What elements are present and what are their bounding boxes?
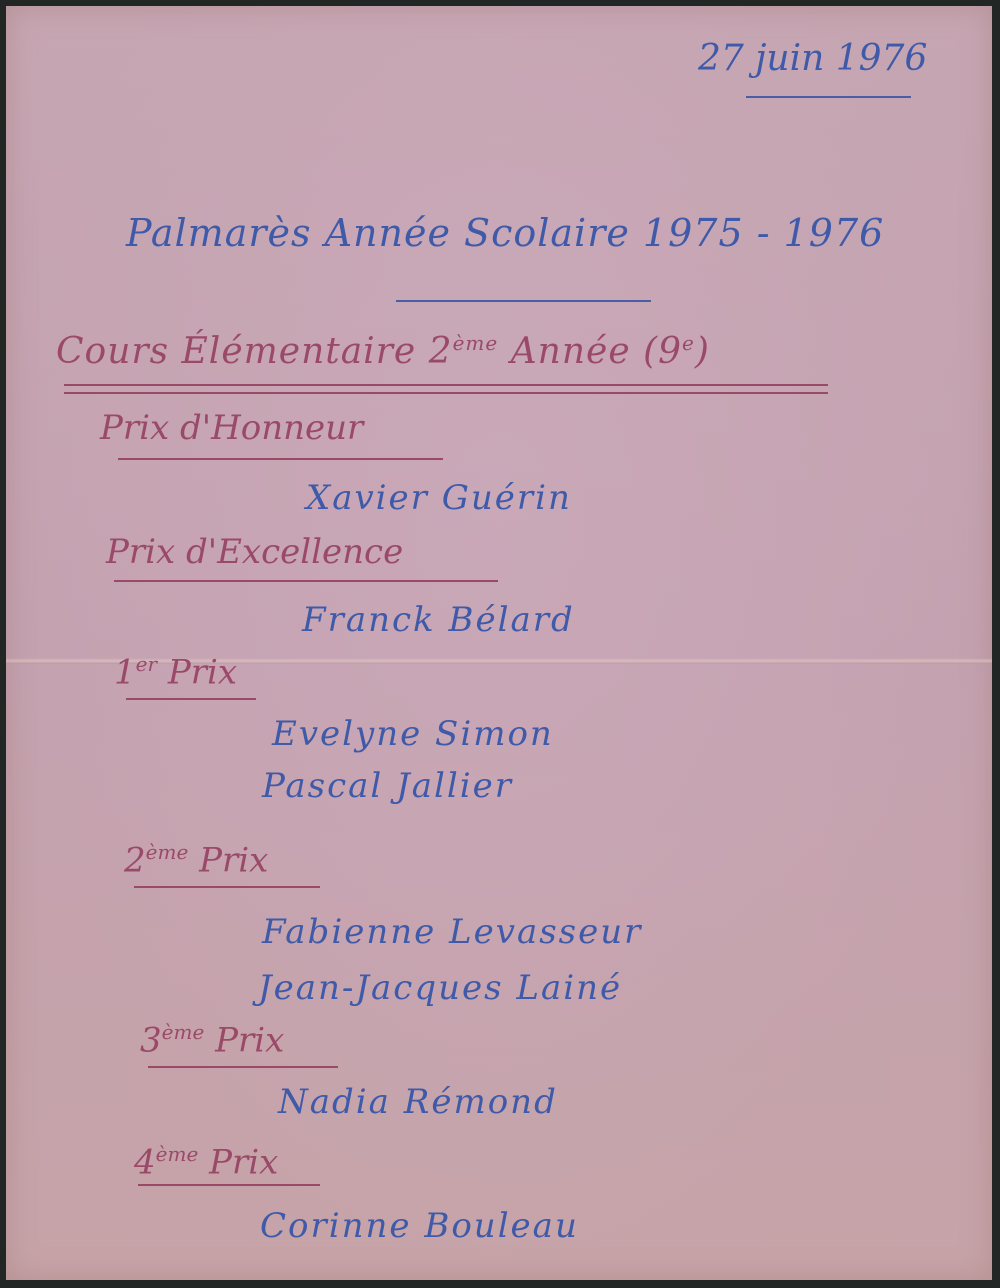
winner-name: Nadia Rémond [278, 1082, 558, 1122]
prize-ordinal: 3 [140, 1020, 162, 1060]
prize-ordinal: 2 [124, 840, 146, 880]
prize-heading-1: 1er Prix [114, 652, 237, 692]
prize-heading-honneur: Prix d'Honneur [100, 408, 363, 448]
paper-sheet: 27 juin 1976 Palmarès Année Scolaire 197… [6, 6, 992, 1280]
course-sup: ème [453, 331, 499, 355]
course-suffix: Année (9 [498, 331, 682, 372]
course-double-underline-2 [64, 392, 828, 394]
winner-name: Xavier Guérin [306, 478, 572, 518]
title-underline [396, 300, 651, 302]
winner-name: Evelyne Simon [272, 714, 554, 754]
date-underline [746, 96, 911, 98]
prize-ordinal-sup: er [136, 652, 157, 676]
prize-label: Prix [157, 652, 237, 692]
course-prefix: Cours Élémentaire 2 [56, 331, 453, 372]
prize-heading-3: 3ème Prix [140, 1020, 284, 1060]
prize-underline [148, 1066, 338, 1068]
course-double-underline-1 [64, 384, 828, 386]
prize-label: Prix [188, 840, 268, 880]
prize-underline [114, 580, 498, 582]
document-title: Palmarès Année Scolaire 1975 - 1976 [126, 211, 884, 255]
prize-heading-excellence: Prix d'Excellence [106, 532, 403, 572]
winner-name: Corinne Bouleau [260, 1206, 579, 1246]
prize-label: Prix [198, 1142, 278, 1182]
prize-underline [118, 458, 443, 460]
prize-ordinal: 4 [134, 1142, 156, 1182]
winner-name: Pascal Jallier [262, 766, 513, 806]
winner-name: Fabienne Levasseur [262, 912, 642, 952]
prize-ordinal-sup: ème [156, 1142, 199, 1166]
prize-heading-4: 4ème Prix [134, 1142, 278, 1182]
prize-heading-2: 2ème Prix [124, 840, 268, 880]
prize-underline [138, 1184, 320, 1186]
course-heading: Cours Élémentaire 2ème Année (9e) [56, 331, 710, 372]
prize-ordinal-sup: ème [146, 840, 189, 864]
prize-underline [134, 886, 320, 888]
document-date: 27 juin 1976 [698, 38, 927, 79]
course-sup2: e [682, 331, 695, 355]
prize-label: Prix [204, 1020, 284, 1060]
winner-name: Jean-Jacques Lainé [258, 968, 622, 1008]
winner-name: Franck Bélard [302, 600, 575, 640]
prize-ordinal: 1 [114, 652, 136, 692]
course-close: ) [695, 331, 710, 372]
prize-ordinal-sup: ème [162, 1020, 205, 1044]
prize-underline [126, 698, 256, 700]
